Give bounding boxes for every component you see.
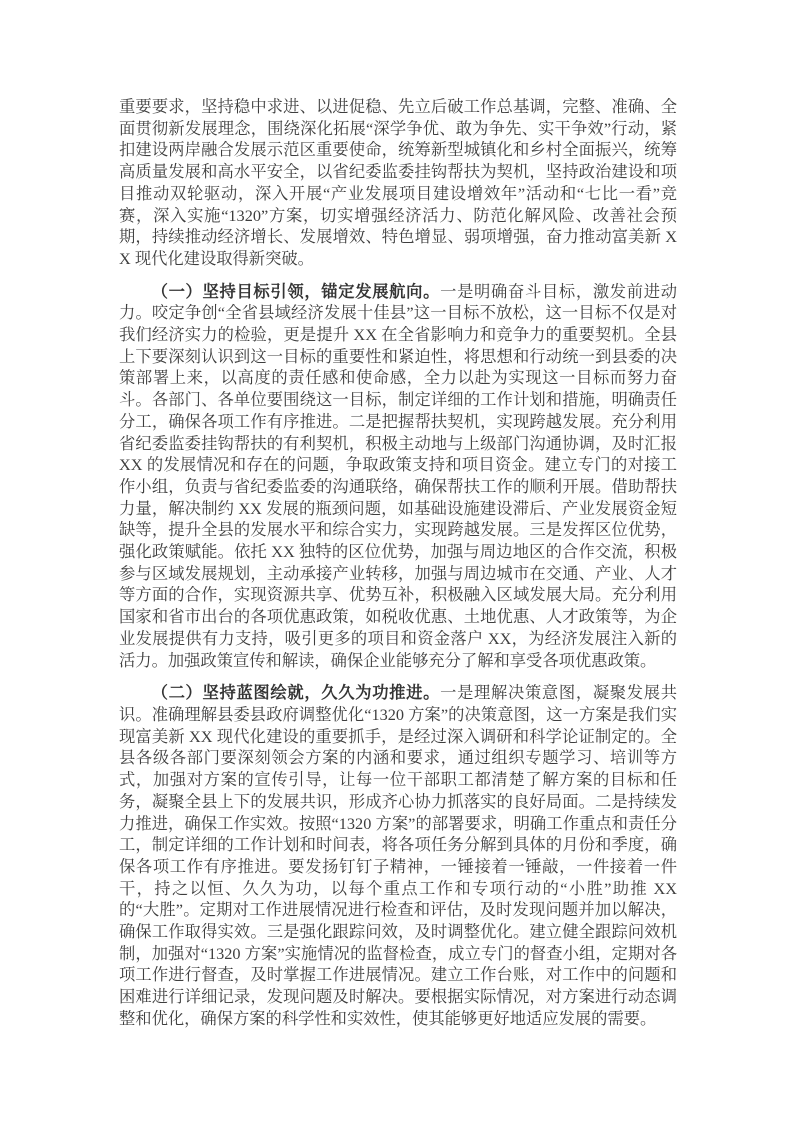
section-2-heading: （二）坚持蓝图绘就，久久为功推进。 — [152, 683, 441, 702]
document-page: 重要要求，坚持稳中求进、以进促稳、先立后破工作总基调，完整、准确、全面贯彻新发展… — [0, 0, 793, 1122]
opening-paragraph-text: 重要要求，坚持稳中求进、以进促稳、先立后破工作总基调，完整、准确、全面贯彻新发展… — [119, 97, 677, 268]
section-1-heading: （一）坚持目标引领，锚定发展航向。 — [152, 282, 441, 301]
section-2-text: 一是理解决策意图，凝聚发展共识。准确理解县委县政府调整优化“1320 方案”的决… — [119, 683, 677, 1028]
document-body: 重要要求，坚持稳中求进、以进促稳、先立后破工作总基调，完整、准确、全面贯彻新发展… — [119, 96, 677, 1041]
section-2-paragraph: （二）坚持蓝图绘就，久久为功推进。一是理解决策意图，凝聚发展共识。准确理解县委县… — [119, 682, 677, 1029]
opening-paragraph: 重要要求，坚持稳中求进、以进促稳、先立后破工作总基调，完整、准确、全面贯彻新发展… — [119, 96, 677, 270]
section-1-text: 一是明确奋斗目标，激发前进动力。咬定争创“全省县域经济发展十佳县”这一目标不放松… — [119, 282, 677, 670]
section-1-paragraph: （一）坚持目标引领，锚定发展航向。一是明确奋斗目标，激发前进动力。咬定争创“全省… — [119, 281, 677, 672]
